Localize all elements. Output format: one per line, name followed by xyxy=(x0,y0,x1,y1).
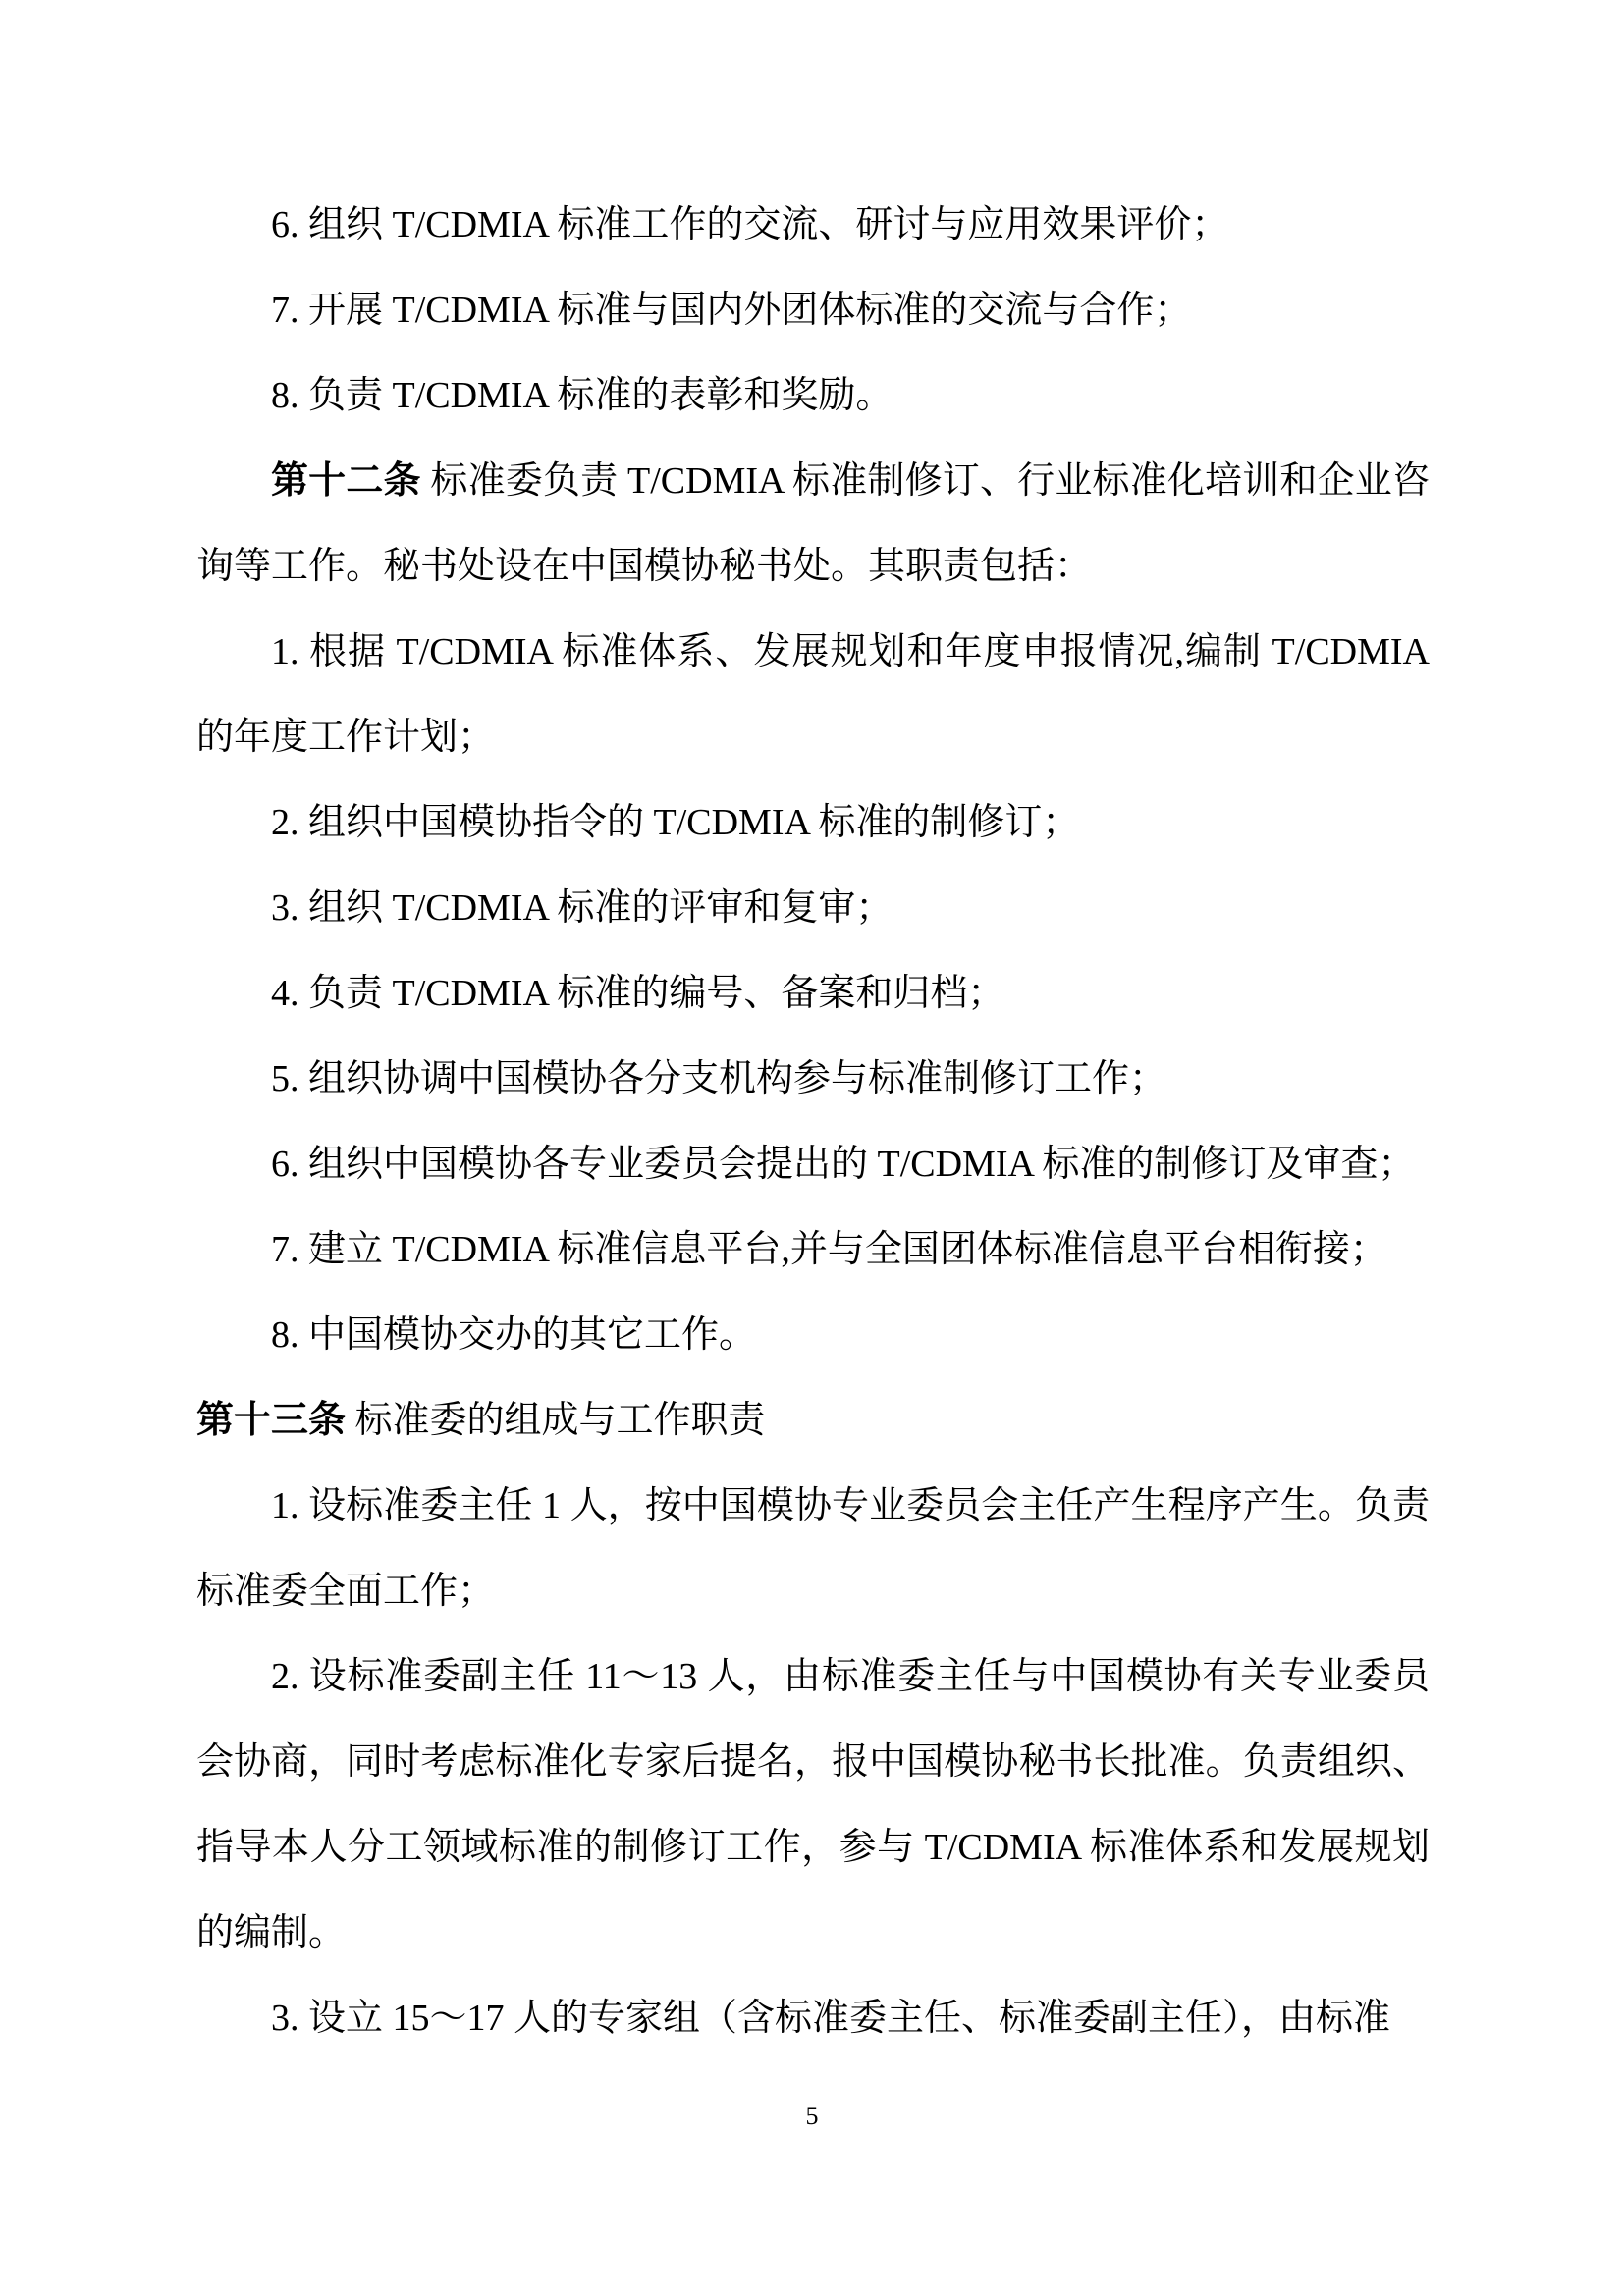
document-body: 6. 组织 T/CDMIA 标准工作的交流、研讨与应用效果评价； 7. 开展 T… xyxy=(196,183,1430,2061)
composition-item-3: 3. 设立 15～17 人的专家组（含标准委主任、标准委副主任），由标准 xyxy=(196,1976,1430,2061)
paragraph-text: 4. 负责 T/CDMIA 标准的编号、备案和归档； xyxy=(271,973,1004,1014)
list-item-8: 8. 负责 T/CDMIA 标准的表彰和奖励。 xyxy=(196,353,1430,439)
paragraph-text: 1. 设标准委主任 1 人，按中国模协专业委员会主任产生程序产生。负责标准委全面… xyxy=(196,1485,1430,1612)
duty-item-2: 2. 组织中国模协指令的 T/CDMIA 标准的制修订； xyxy=(196,780,1430,866)
duty-item-7: 7. 建立 T/CDMIA 标准信息平台,并与全国团体标准信息平台相衔接； xyxy=(196,1207,1430,1293)
duty-item-3: 3. 组织 T/CDMIA 标准的评审和复审； xyxy=(196,866,1430,951)
article-13-paragraph: 第十三条 标准委的组成与工作职责 xyxy=(196,1378,1430,1464)
article-12-paragraph: 第十二条 标准委负责 T/CDMIA 标准制修订、行业标准化培训和企业咨询等工作… xyxy=(196,439,1430,610)
paragraph-text: 3. 设立 15～17 人的专家组（含标准委主任、标准委副主任），由标准 xyxy=(271,1998,1390,2039)
paragraph-text: 2. 组织中国模协指令的 T/CDMIA 标准的制修订； xyxy=(271,802,1079,843)
paragraph-text: 标准委的组成与工作职责 xyxy=(346,1400,766,1441)
duty-item-4: 4. 负责 T/CDMIA 标准的编号、备案和归档； xyxy=(196,951,1430,1037)
page-number: 5 xyxy=(0,2097,1624,2136)
paragraph-text: 5. 组织协调中国模协各分支机构参与标准制修订工作； xyxy=(271,1058,1166,1099)
paragraph-text: 2. 设标准委副主任 11～13 人，由标准委主任与中国模协有关专业委员会协商，… xyxy=(196,1656,1430,1953)
duty-item-6: 6. 组织中国模协各专业委员会提出的 T/CDMIA 标准的制修订及审查； xyxy=(196,1122,1430,1207)
article-number-bold: 第十二条 xyxy=(271,460,421,502)
list-item-7: 7. 开展 T/CDMIA 标准与国内外团体标准的交流与合作； xyxy=(196,268,1430,353)
duty-item-8: 8. 中国模协交办的其它工作。 xyxy=(196,1293,1430,1378)
paragraph-text: 6. 组织 T/CDMIA 标准工作的交流、研讨与应用效果评价； xyxy=(271,204,1228,245)
paragraph-text: 1. 根据 T/CDMIA 标准体系、发展规划和年度申报情况,编制 T/CDMI… xyxy=(196,631,1430,758)
duty-item-1: 1. 根据 T/CDMIA 标准体系、发展规划和年度申报情况,编制 T/CDMI… xyxy=(196,610,1430,780)
paragraph-text: 8. 负责 T/CDMIA 标准的表彰和奖励。 xyxy=(271,375,893,416)
paragraph-text: 7. 开展 T/CDMIA 标准与国内外团体标准的交流与合作； xyxy=(271,290,1191,331)
list-item-6: 6. 组织 T/CDMIA 标准工作的交流、研讨与应用效果评价； xyxy=(196,183,1430,268)
composition-item-2: 2. 设标准委副主任 11～13 人，由标准委主任与中国模协有关专业委员会协商，… xyxy=(196,1634,1430,1976)
paragraph-text: 6. 组织中国模协各专业委员会提出的 T/CDMIA 标准的制修订及审查； xyxy=(271,1144,1415,1185)
paragraph-text: 7. 建立 T/CDMIA 标准信息平台,并与全国团体标准信息平台相衔接； xyxy=(271,1229,1387,1270)
duty-item-5: 5. 组织协调中国模协各分支机构参与标准制修订工作； xyxy=(196,1037,1430,1122)
paragraph-text: 3. 组织 T/CDMIA 标准的评审和复审； xyxy=(271,887,893,929)
composition-item-1: 1. 设标准委主任 1 人，按中国模协专业委员会主任产生程序产生。负责标准委全面… xyxy=(196,1464,1430,1634)
article-number-bold: 第十三条 xyxy=(196,1400,346,1441)
paragraph-text: 8. 中国模协交办的其它工作。 xyxy=(271,1314,756,1356)
